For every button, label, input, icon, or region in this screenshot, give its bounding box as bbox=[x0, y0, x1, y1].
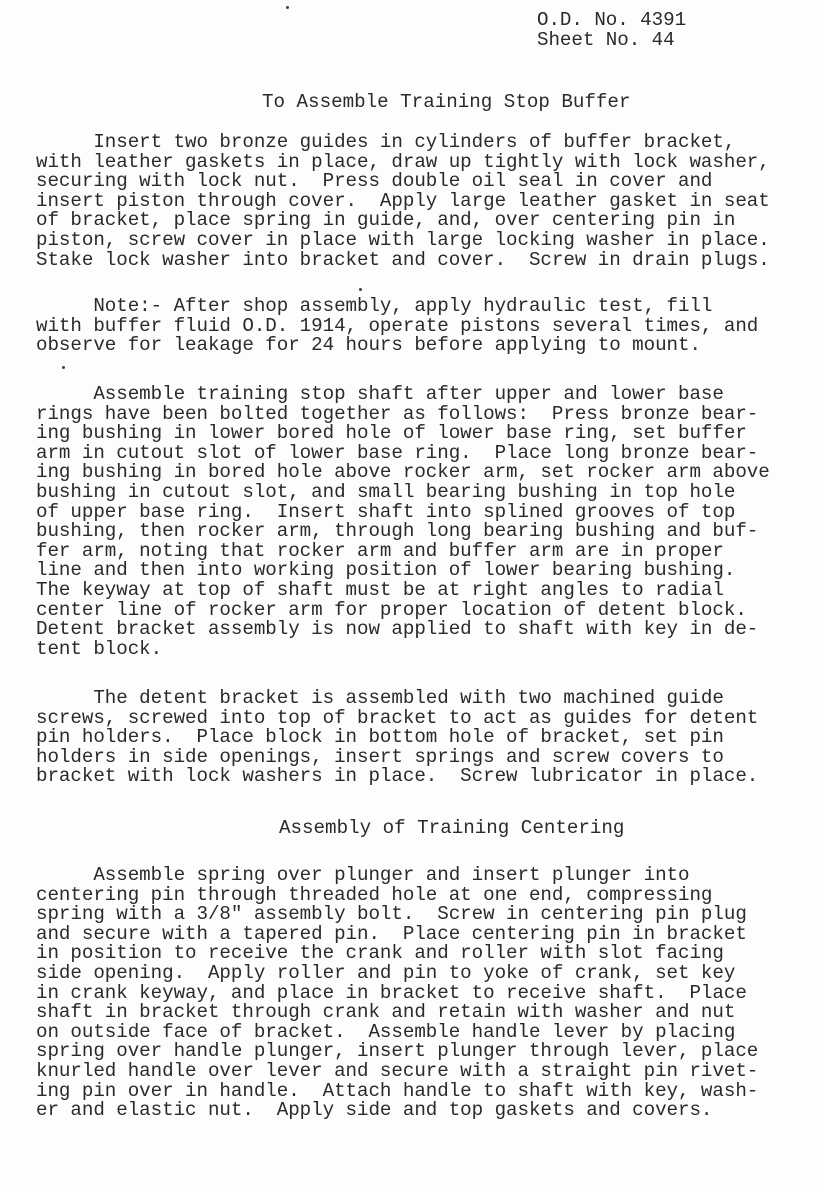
sheet-number: Sheet No. 44 bbox=[537, 30, 686, 50]
text-line: tent block. bbox=[36, 640, 770, 660]
text-line: Stake lock washer into bracket and cover… bbox=[36, 250, 770, 270]
text-line: side opening. Apply roller and pin to yo… bbox=[36, 964, 758, 984]
text-line: The keyway at top of shaft must be at ri… bbox=[36, 581, 770, 601]
text-line: er and elastic nut. Apply side and top g… bbox=[36, 1101, 758, 1121]
text-line: bushing in cutout slot, and small bearin… bbox=[36, 483, 770, 503]
text-line: bracket with lock washers in place. Scre… bbox=[36, 767, 758, 787]
paragraph-stop-buffer: Insert two bronze guides in cylinders of… bbox=[36, 133, 770, 270]
paragraph-training-centering: Assemble spring over plunger and insert … bbox=[36, 866, 758, 1121]
text-line: observe for leakage for 24 hours before … bbox=[36, 336, 758, 356]
text-line: piston, screw cover in place with large … bbox=[36, 231, 770, 251]
paper-speck bbox=[62, 366, 65, 369]
note-paragraph: Note:- After shop assembly, apply hydrau… bbox=[36, 297, 758, 356]
text-line: knurled handle over lever and secure wit… bbox=[36, 1062, 758, 1082]
paper-speck bbox=[286, 6, 289, 9]
section-title-stop-buffer: To Assemble Training Stop Buffer bbox=[262, 93, 630, 113]
document-header: O.D. No. 4391 Sheet No. 44 bbox=[537, 11, 686, 50]
paper-speck bbox=[359, 288, 362, 291]
paragraph-detent-bracket: The detent bracket is assembled with two… bbox=[36, 689, 758, 787]
paragraph-shaft-assembly: Assemble training stop shaft after upper… bbox=[36, 385, 770, 659]
document-page: O.D. No. 4391 Sheet No. 44 To Assemble T… bbox=[0, 0, 818, 1185]
section-title-training-centering: Assembly of Training Centering bbox=[279, 819, 624, 839]
